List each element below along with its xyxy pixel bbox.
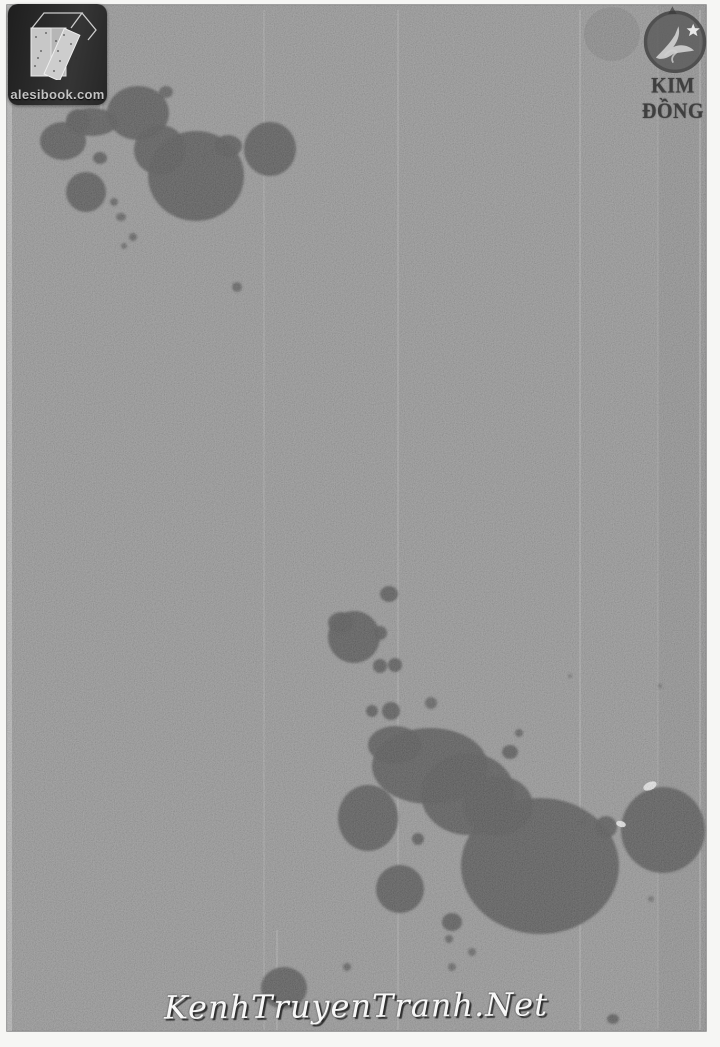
kim-dong-publisher-logo: KIM ĐỒNG [626, 0, 720, 105]
paper-texture [0, 0, 720, 1047]
scanned-page: alesibook.com KIM ĐỒNG KenhTruyenTranh.N… [0, 0, 720, 1047]
paper-grain-overlay [7, 5, 706, 1031]
kenhtruyentranh-watermark: KenhTruyenTranh.Net [0, 984, 712, 1028]
alesibook-watermark-badge: alesibook.com [8, 4, 107, 105]
books-icon [8, 6, 107, 80]
kim-dong-logo-text: KIM ĐỒNG [626, 73, 720, 125]
alesibook-watermark-text: alesibook.com [8, 87, 107, 102]
kim-dong-emblem-icon [636, 2, 714, 80]
